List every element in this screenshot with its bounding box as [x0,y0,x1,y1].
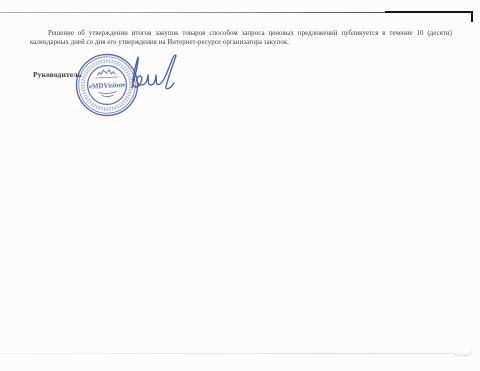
scan-edge-right-tick [471,12,473,22]
paragraph: Решение об утверждении итогов закупок то… [30,29,452,47]
paragraph-line-2: календарных дней со дня его утверждения … [30,38,452,47]
scan-edge-bottom-hook [455,350,472,356]
paragraph-line-1: Решение об утверждении итогов закупок то… [30,29,452,38]
stamp-bottom-ornament-icon [98,92,116,98]
stamp-top-ornament-icon [95,69,117,78]
signature-block: «MDVision» [70,48,188,122]
scan-edge-top-left [0,12,388,13]
scan-edge-top-right [385,11,473,13]
company-stamp-icon: «MDVision» [75,53,139,117]
scan-edge-bottom-line [0,353,470,354]
signature-icon [132,55,176,89]
scanned-document-page: { "page": { "background": "#fcfcfc", "te… [0,0,480,371]
stamp-center-text: «MDVision» [88,80,126,91]
